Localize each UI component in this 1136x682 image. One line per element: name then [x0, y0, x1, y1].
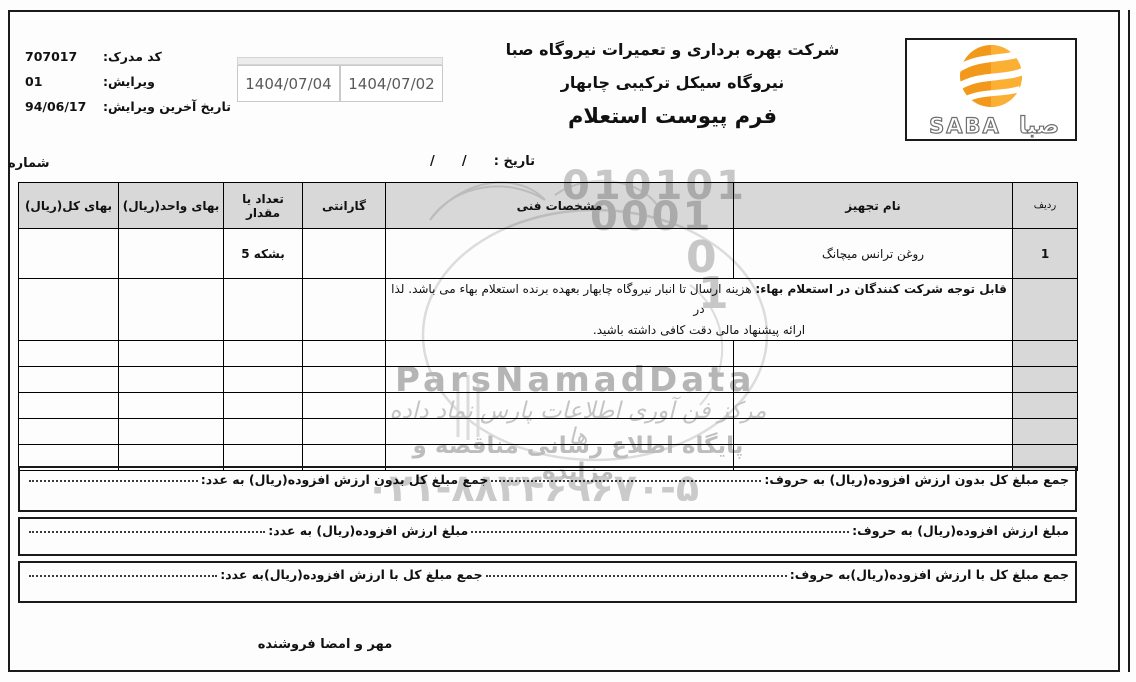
last-edit-label: تاریخ آخرین ویرایش: [103, 99, 240, 114]
empty-cell [386, 341, 734, 367]
quantity-cell: 5 بشکه [224, 229, 303, 279]
dotted-line [29, 523, 265, 533]
doc-code-value: 707017 [25, 49, 100, 64]
serial-label: شماره [8, 156, 50, 171]
dotted-line [491, 472, 761, 482]
empty-cell [224, 419, 303, 445]
table-header-row: بهای کل(ریال) بهای واحد(ریال) تعداد یا م… [19, 183, 1078, 229]
empty-cell [224, 367, 303, 393]
total-without-vat-words-label: جمع مبلغ کل بدون ارزش افزوده(ریال) به حر… [764, 472, 1069, 487]
empty-cell [19, 367, 119, 393]
total-with-vat-row: جمع مبلغ کل با ارزش افزوده(ریال)به حروف:… [20, 563, 1075, 582]
note-line1: قابل توجه شرکت کنندگان در استعلام بهاء: … [389, 279, 1009, 320]
saba-logo-icon: SABA صبا [907, 40, 1075, 139]
total-with-vat-digits-label: جمع مبلغ کل با ارزش افزوده(ریال)به عدد: [220, 567, 482, 582]
col-equipment-name: نام تجهیز [734, 183, 1013, 229]
note-bold-part: قابل توجه شرکت کنندگان در استعلام بهاء: [755, 282, 1006, 296]
empty-cell [119, 393, 224, 419]
col-total-price: بهای کل(ریال) [19, 183, 119, 229]
total-with-vat-box: جمع مبلغ کل با ارزش افزوده(ریال)به حروف:… [18, 561, 1077, 603]
revision-label: ویرایش: [103, 74, 240, 89]
warranty-cell [303, 229, 386, 279]
empty-cell [224, 341, 303, 367]
row-number-cell [1013, 279, 1078, 341]
empty-cell [303, 279, 386, 341]
specs-cell [386, 229, 734, 279]
doc-code-label: کد مدرک: [103, 49, 240, 64]
table-row [19, 367, 1078, 393]
vat-amount-box: مبلغ ارزش افزوده(ریال) به حروف: مبلغ ارز… [18, 517, 1077, 556]
empty-cell [224, 393, 303, 419]
doc-code-row: 707017 کد مدرک: [25, 49, 240, 69]
empty-cell [119, 341, 224, 367]
empty-cell [119, 279, 224, 341]
last-edit-value: 94/06/17 [25, 99, 100, 114]
note-rest-part: هزینه ارسال تا انبار نیروگاه چابهار بعهد… [391, 282, 755, 316]
logo-persian-text: صبا [1019, 113, 1059, 139]
empty-cell [19, 393, 119, 419]
vat-words-label: مبلغ ارزش افزوده(ریال) به حروف: [852, 523, 1069, 538]
revision-row: 01 ویرایش: [25, 74, 240, 94]
table-row [19, 419, 1078, 445]
row-number-cell [1013, 419, 1078, 445]
dotted-line [29, 472, 198, 482]
empty-cell [386, 367, 734, 393]
empty-cell [303, 419, 386, 445]
dotted-line [29, 567, 217, 577]
note-cell: قابل توجه شرکت کنندگان در استعلام بهاء: … [386, 279, 1013, 341]
empty-cell [386, 419, 734, 445]
saba-logo-box: SABA صبا [905, 38, 1077, 141]
note-row: قابل توجه شرکت کنندگان در استعلام بهاء: … [19, 279, 1078, 341]
form-title: فرم پیوست استعلام [440, 104, 905, 128]
unit-price-cell [119, 229, 224, 279]
empty-cell [734, 419, 1013, 445]
plant-name: نیروگاه سیکل ترکیبی چابهار [440, 73, 905, 92]
total-without-vat-row: جمع مبلغ کل بدون ارزش افزوده(ریال) به حر… [20, 468, 1075, 487]
empty-cell [734, 367, 1013, 393]
empty-cell [386, 393, 734, 419]
table-row [19, 341, 1078, 367]
dotted-line [471, 523, 849, 533]
date-boxes-top-strip [237, 57, 443, 65]
items-table: بهای کل(ریال) بهای واحد(ریال) تعداد یا م… [18, 182, 1078, 471]
row-number-cell [1013, 393, 1078, 419]
empty-cell [119, 367, 224, 393]
row-number-cell [1013, 367, 1078, 393]
empty-cell [19, 341, 119, 367]
note-line2: ارائه پیشنهاد مالی دقت کافی داشته باشید. [389, 320, 1009, 340]
col-quantity: تعداد یا مقدار [224, 183, 303, 229]
date-box-left: 1404/07/04 [237, 65, 340, 102]
equipment-name-cell: روغن ترانس میچانگ [734, 229, 1013, 279]
col-warranty: گارانتی [303, 183, 386, 229]
total-without-vat-digits-label: جمع مبلغ کل بدون ارزش افزوده(ریال) به عد… [201, 472, 489, 487]
total-with-vat-words-label: جمع مبلغ کل با ارزش افزوده(ریال)به حروف: [790, 567, 1069, 582]
empty-cell [19, 419, 119, 445]
empty-cell [303, 393, 386, 419]
company-name: شرکت بهره برداری و تعمیرات نیروگاه صبا [440, 40, 905, 59]
inquiry-form-page: 707017 کد مدرک: 01 ویرایش: 94/06/17 تاری… [0, 0, 1136, 682]
page-border-outer-line [1128, 10, 1130, 672]
col-specs: مشخصات فنی [386, 183, 734, 229]
col-row-number: ردیف [1013, 183, 1078, 229]
empty-cell [303, 341, 386, 367]
vat-amount-row: مبلغ ارزش افزوده(ریال) به حروف: مبلغ ارز… [20, 519, 1075, 538]
empty-cell [734, 393, 1013, 419]
total-without-vat-box: جمع مبلغ کل بدون ارزش افزوده(ریال) به حر… [18, 466, 1077, 512]
empty-cell [119, 419, 224, 445]
table-row: 5 بشکه روغن ترانس میچانگ 1 [19, 229, 1078, 279]
revision-value: 01 [25, 74, 100, 89]
empty-cell [224, 279, 303, 341]
row-number-cell: 1 [1013, 229, 1078, 279]
empty-cell [734, 341, 1013, 367]
table-row [19, 393, 1078, 419]
seller-signature-label: مهر و امضا فروشنده [250, 637, 400, 652]
logo-latin-text: SABA [929, 114, 1001, 138]
vat-digits-label: مبلغ ارزش افزوده(ریال) به عدد: [268, 523, 468, 538]
col-unit-price: بهای واحد(ریال) [119, 183, 224, 229]
row-number-cell [1013, 341, 1078, 367]
date-line: تاریخ : / / [415, 154, 535, 169]
empty-cell [303, 367, 386, 393]
empty-cell [19, 279, 119, 341]
date-box-right: 1404/07/02 [340, 65, 443, 102]
last-edit-row: 94/06/17 تاریخ آخرین ویرایش: [25, 99, 240, 119]
dotted-line [486, 567, 787, 577]
total-price-cell [19, 229, 119, 279]
